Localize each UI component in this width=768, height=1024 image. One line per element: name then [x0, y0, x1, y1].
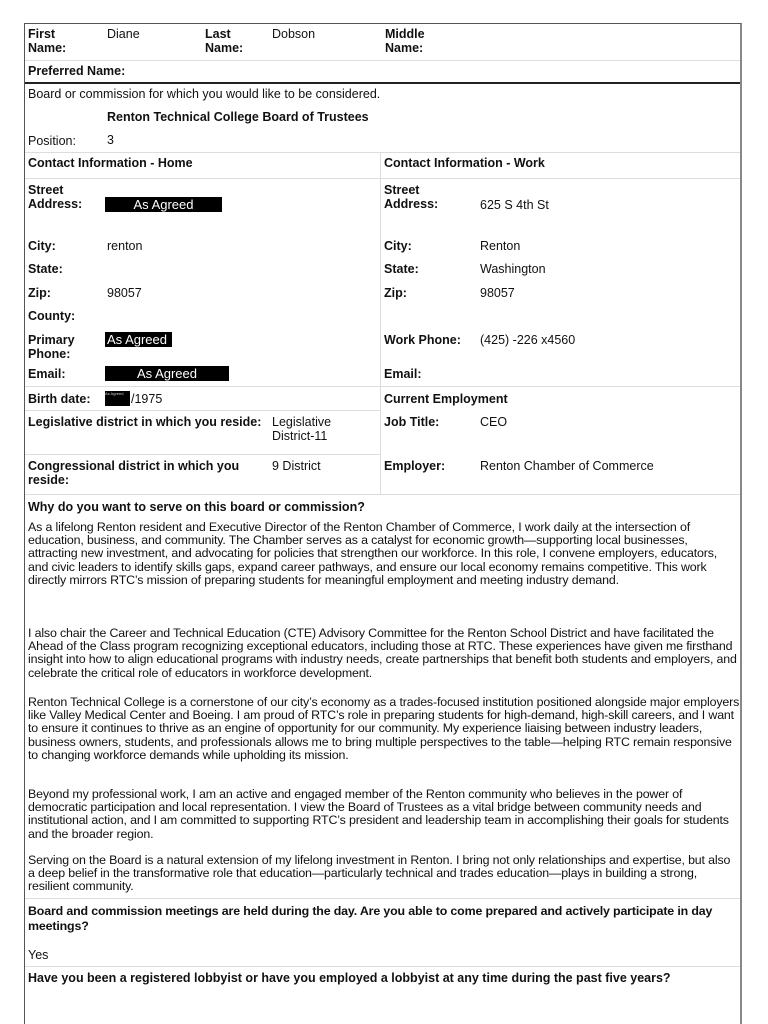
- position-value: 3: [107, 133, 114, 147]
- contact-work-header: Contact Information - Work: [384, 156, 545, 170]
- work-street-label: Street Address:: [384, 183, 444, 211]
- home-street-label: Street Address:: [28, 183, 88, 211]
- divider: [25, 410, 380, 411]
- divider: [25, 898, 740, 899]
- divider: [25, 966, 740, 967]
- work-state-value: Washington: [480, 262, 546, 276]
- work-city-label: City:: [384, 239, 412, 253]
- first-name-value: Diane: [107, 27, 140, 41]
- congressional-district-value: 9 District: [272, 459, 321, 473]
- divider: [25, 60, 740, 61]
- position-label: Position:: [28, 134, 76, 148]
- congressional-district-label: Congressional district in which you resi…: [28, 459, 263, 487]
- first-name-label: First Name:: [28, 27, 88, 55]
- last-name-value: Dobson: [272, 27, 315, 41]
- divider: [25, 386, 740, 387]
- meetings-question: Board and commission meetings are held d…: [28, 904, 740, 934]
- home-zip-label: Zip:: [28, 286, 51, 300]
- home-phone-redacted: As Agreed: [105, 332, 172, 347]
- job-title-value: CEO: [480, 415, 507, 429]
- birth-date-label: Birth date:: [28, 392, 91, 406]
- meetings-answer: Yes: [28, 948, 48, 962]
- why-question: Why do you want to serve on this board o…: [28, 500, 365, 514]
- preferred-name-label: Preferred Name:: [28, 64, 125, 78]
- employer-value: Renton Chamber of Commerce: [480, 459, 654, 473]
- birth-date-redacted: As Agreed: [105, 391, 130, 406]
- divider: [25, 454, 380, 455]
- home-zip-value: 98057: [107, 286, 142, 300]
- divider: [25, 178, 740, 179]
- work-state-label: State:: [384, 262, 419, 276]
- birth-year-value: /1975: [131, 392, 162, 406]
- home-phone-label: Primary Phone:: [28, 333, 88, 361]
- work-phone-value: (425) -226 x4560: [480, 333, 575, 347]
- legislative-district-label: Legislative district in which you reside…: [28, 415, 263, 429]
- work-zip-label: Zip:: [384, 286, 407, 300]
- work-city-value: Renton: [480, 239, 520, 253]
- contact-home-header: Contact Information - Home: [28, 156, 193, 170]
- last-name-label: Last Name:: [205, 27, 255, 55]
- why-paragraph: Serving on the Board is a natural extens…: [28, 854, 740, 894]
- work-zip-value: 98057: [480, 286, 515, 300]
- employer-label: Employer:: [384, 459, 445, 473]
- why-paragraph: I also chair the Career and Technical Ed…: [28, 627, 740, 680]
- legislative-district-value: Legislative District-11: [272, 415, 362, 443]
- home-street-redacted: As Agreed: [105, 197, 222, 212]
- divider: [25, 152, 740, 153]
- home-state-label: State:: [28, 262, 63, 276]
- home-city-value: renton: [107, 239, 142, 253]
- job-title-label: Job Title:: [384, 415, 439, 429]
- current-employment-header: Current Employment: [384, 392, 508, 406]
- why-paragraph: Beyond my professional work, I am an act…: [28, 788, 740, 841]
- board-name: Renton Technical College Board of Truste…: [107, 110, 369, 124]
- board-prompt: Board or commission for which you would …: [28, 87, 380, 101]
- home-email-redacted: As Agreed: [105, 366, 229, 381]
- work-email-label: Email:: [384, 367, 422, 381]
- why-paragraph: Renton Technical College is a cornerston…: [28, 696, 740, 762]
- home-city-label: City:: [28, 239, 56, 253]
- work-phone-label: Work Phone:: [384, 333, 461, 347]
- why-paragraph: As a lifelong Renton resident and Execut…: [28, 521, 740, 587]
- divider: [25, 494, 740, 495]
- column-divider: [380, 152, 381, 494]
- divider: [25, 82, 740, 84]
- application-form: First Name: Diane Last Name: Dobson Midd…: [24, 23, 742, 1024]
- middle-name-label: Middle Name:: [385, 27, 440, 55]
- work-street-value: 625 S 4th St: [480, 198, 549, 212]
- lobbyist-question: Have you been a registered lobbyist or h…: [28, 971, 671, 985]
- home-county-label: County:: [28, 309, 75, 323]
- home-email-label: Email:: [28, 367, 66, 381]
